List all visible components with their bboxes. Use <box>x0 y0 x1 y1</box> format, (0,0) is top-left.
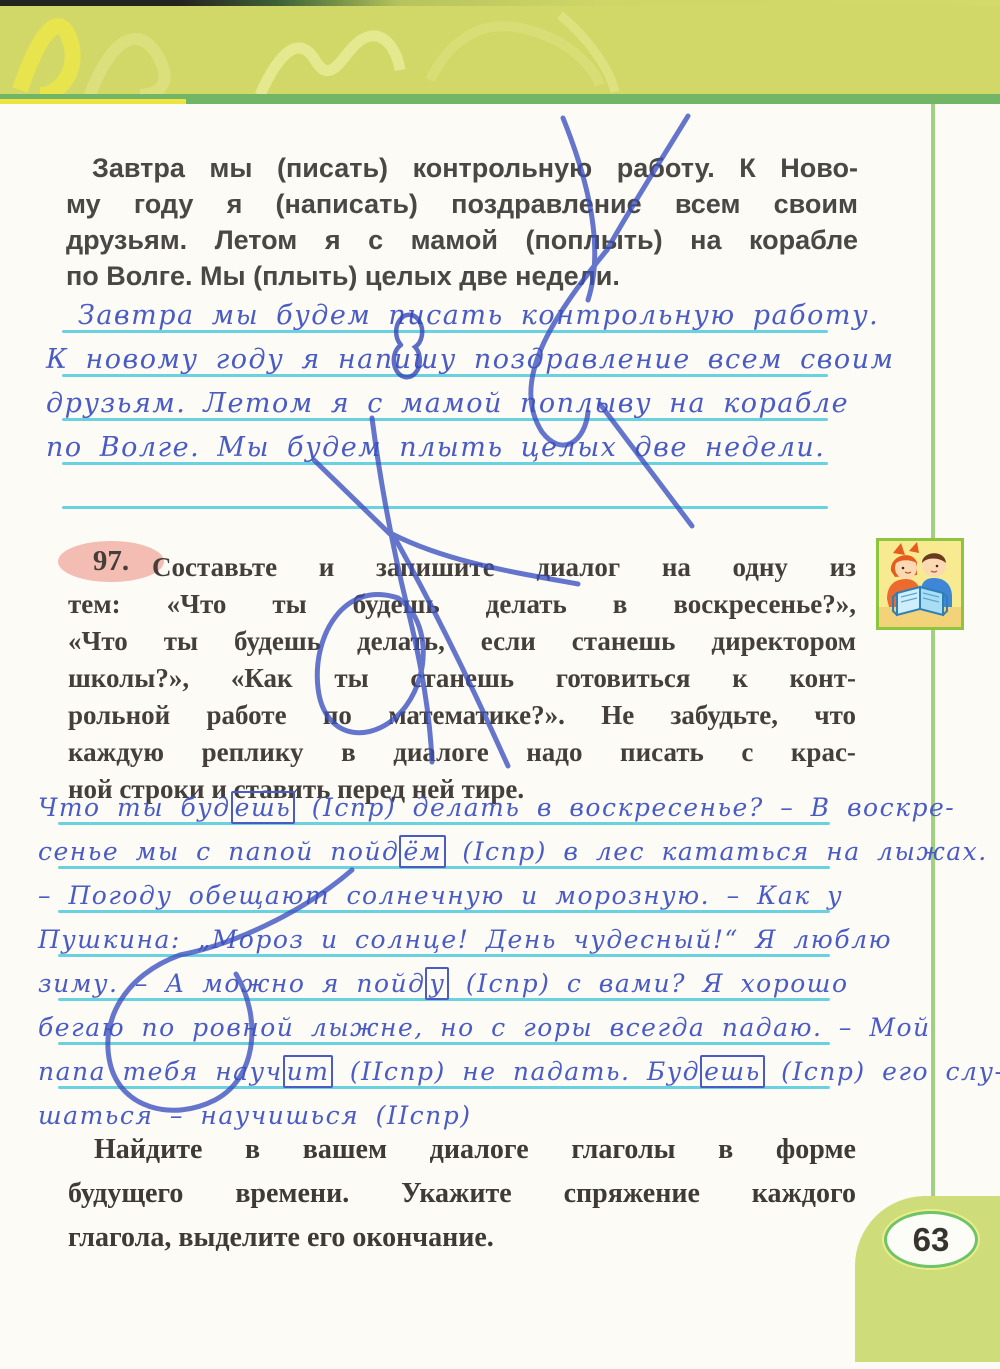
exercise-97-text: Составьтеизапишитедиалогнаоднуизтем:«Что… <box>68 549 856 808</box>
page-number: 63 <box>913 1221 950 1259</box>
header-banner <box>0 0 1000 94</box>
handwritten-dialog: Что ты будешь (Iспр) делать в воскресень… <box>38 786 938 1138</box>
exercise-task-text: Найдитеввашемдиалогеглаголывформебудущег… <box>68 1128 856 1260</box>
handwritten-answer: Завтра мы будем писать контрольную работ… <box>46 294 846 470</box>
children-reading-icon <box>876 538 964 630</box>
workbook-page: Завтрамы(писать)контрольнуюработу.КНово-… <box>0 0 1000 1369</box>
scan-top-edge <box>0 0 1000 6</box>
page-number-badge: 63 <box>884 1211 978 1268</box>
exercise-intro-text: Завтрамы(писать)контрольнуюработу.КНово-… <box>66 150 858 294</box>
header-stripe-accent <box>0 99 186 104</box>
